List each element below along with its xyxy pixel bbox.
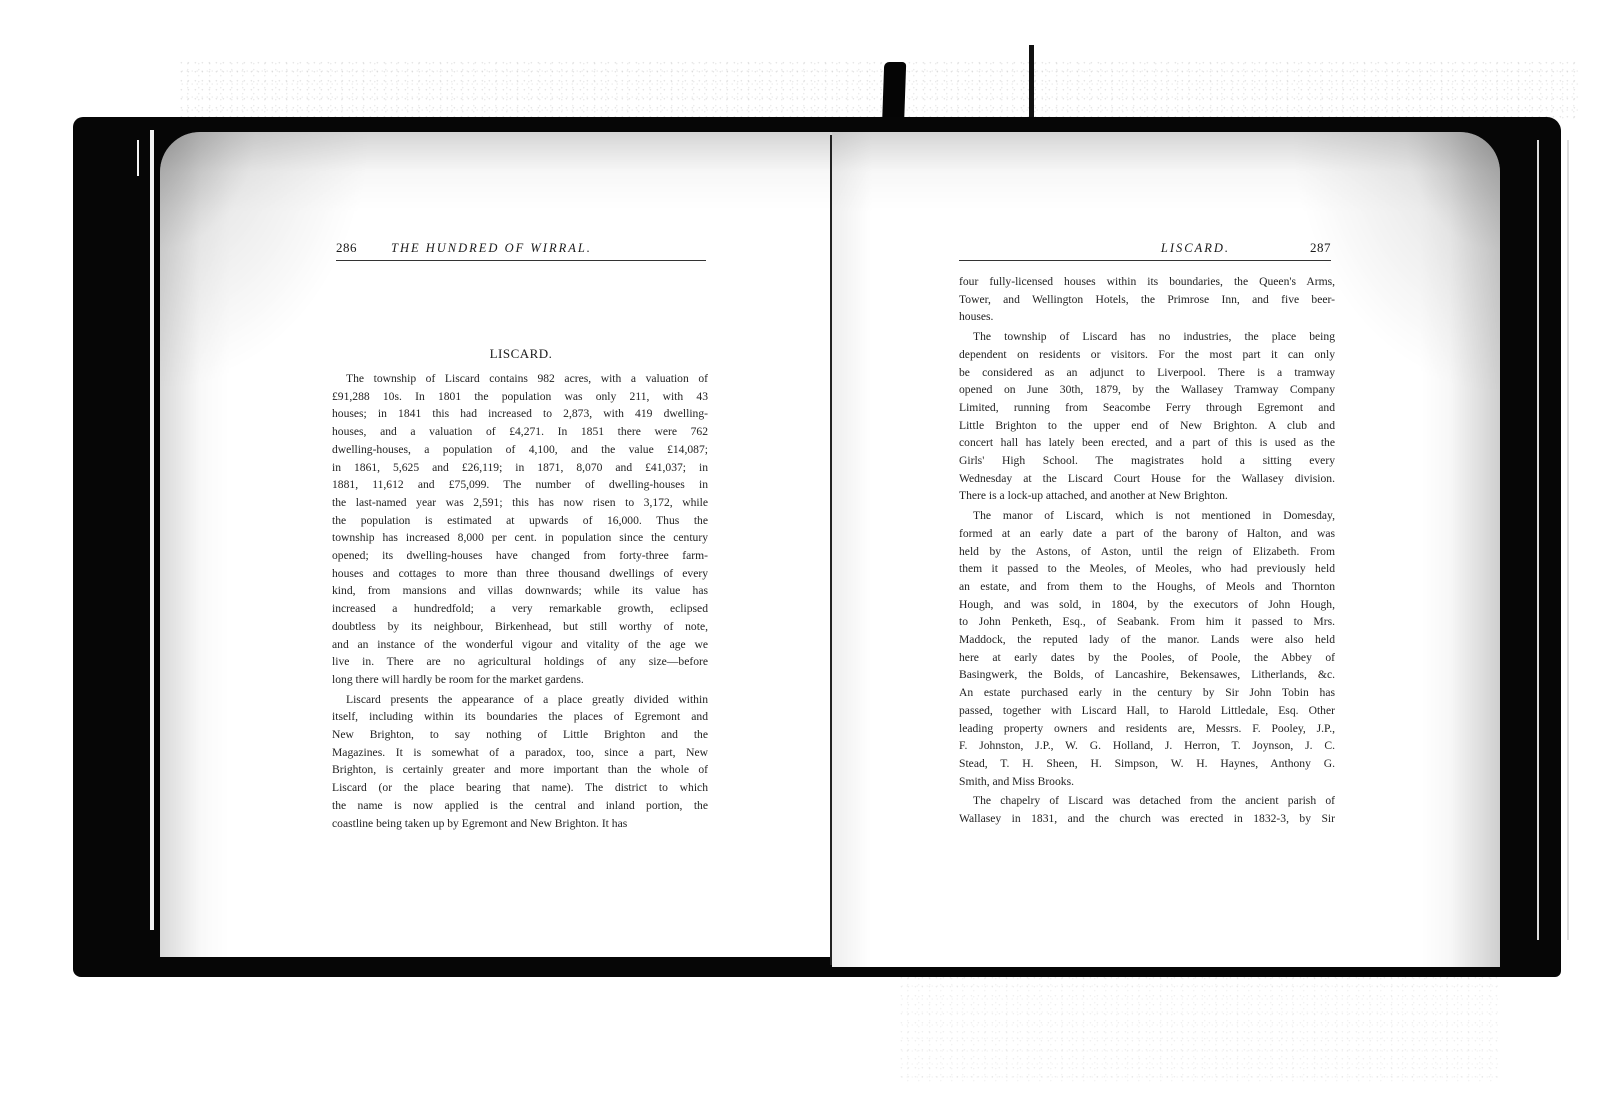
text-line: dependent on residents or visitors. For … bbox=[959, 346, 1335, 364]
left-page: 286 THE HUNDRED OF WIRRAL. LISCARD. The … bbox=[160, 132, 832, 957]
text-line: here at early dates by the Pooles, of Po… bbox=[959, 649, 1335, 667]
text-line: to John Penketh, Esq., of Seabank. From … bbox=[959, 613, 1335, 631]
text-line: Stead, T. H. Sheen, H. Simpson, W. H. Ha… bbox=[959, 755, 1335, 773]
text-line: live in. There are no agricultural holdi… bbox=[332, 653, 708, 671]
running-header-right: LISCARD. 287 bbox=[959, 240, 1331, 261]
text-line: houses and cottages to more than three t… bbox=[332, 565, 708, 583]
running-header-left: 286 THE HUNDRED OF WIRRAL. bbox=[336, 240, 706, 261]
text-line: houses, and a valuation of £4,271. In 18… bbox=[332, 423, 708, 441]
text-line: coastline being taken up by Egremont and… bbox=[332, 815, 708, 833]
text-line: Hough, and was sold, in 1804, by the exe… bbox=[959, 596, 1335, 614]
left-edge-highlight-short bbox=[137, 140, 139, 176]
text-line: The chapelry of Liscard was detached fro… bbox=[959, 792, 1335, 810]
text-line: Tower, and Wellington Hotels, the Primro… bbox=[959, 291, 1335, 309]
text-line: the population is estimated at upwards o… bbox=[332, 512, 708, 530]
text-line: and an instance of the wonderful vigour … bbox=[332, 636, 708, 654]
text-line: Magazines. It is somewhat of a paradox, … bbox=[332, 744, 708, 762]
text-line: The manor of Liscard, which is not menti… bbox=[959, 507, 1335, 525]
text-line: opened; its dwelling-houses have changed… bbox=[332, 547, 708, 565]
paragraph: Liscard presents the appearance of a pla… bbox=[332, 691, 708, 833]
text-line: houses; in 1841 this had increased to 2,… bbox=[332, 405, 708, 423]
text-line: four fully-licensed houses within its bo… bbox=[959, 273, 1335, 291]
text-line: F. Johnston, J.P., W. G. Holland, J. Her… bbox=[959, 737, 1335, 755]
text-line: Smith, and Miss Brooks. bbox=[959, 773, 1335, 791]
text-line: £91,288 10s. In 1801 the population was … bbox=[332, 388, 708, 406]
paragraph: The township of Liscard contains 982 acr… bbox=[332, 370, 708, 689]
paragraph: The township of Liscard has no industrie… bbox=[959, 328, 1335, 505]
text-line: Girls' High School. The magistrates hold… bbox=[959, 452, 1335, 470]
text-line: Wednesday at the Liscard Court House for… bbox=[959, 470, 1335, 488]
text-line: Maddock, the reputed lady of the manor. … bbox=[959, 631, 1335, 649]
text-line: dwelling-houses, a population of 4,100, … bbox=[332, 441, 708, 459]
text-line: increased a hundredfold; a very remarkab… bbox=[332, 600, 708, 618]
body-text: The township of Liscard contains 982 acr… bbox=[332, 370, 708, 834]
text-line: in 1861, 5,625 and £26,119; in 1871, 8,0… bbox=[332, 459, 708, 477]
text-line: Wallasey in 1831, and the church was ere… bbox=[959, 810, 1335, 828]
page-number: 286 bbox=[336, 240, 357, 256]
text-line: leading property owners and residents ar… bbox=[959, 720, 1335, 738]
text-line: Liscard (or the place bearing that name)… bbox=[332, 779, 708, 797]
text-line: The township of Liscard contains 982 acr… bbox=[332, 370, 708, 388]
section-title: LISCARD. bbox=[336, 346, 706, 362]
text-line: Liscard presents the appearance of a pla… bbox=[332, 691, 708, 709]
text-line: long there will hardly be room for the m… bbox=[332, 671, 708, 689]
text-line: passed, together with Liscard Hall, to H… bbox=[959, 702, 1335, 720]
text-line: Little Brighton to the upper end of New … bbox=[959, 417, 1335, 435]
text-line: New Brighton, to say nothing of Little B… bbox=[332, 726, 708, 744]
text-line: Limited, running from Seacombe Ferry thr… bbox=[959, 399, 1335, 417]
text-line: houses. bbox=[959, 308, 1335, 326]
page-number: 287 bbox=[1310, 240, 1331, 256]
text-line: an estate, and from them to the Houghs, … bbox=[959, 578, 1335, 596]
text-line: kind, from mansions and villas downwards… bbox=[332, 582, 708, 600]
text-line: the last-named year was 2,591; this has … bbox=[332, 494, 708, 512]
running-head-title: LISCARD. bbox=[959, 241, 1310, 256]
text-line: There is a lock-up attached, and another… bbox=[959, 487, 1335, 505]
scan-noise-top bbox=[180, 60, 1580, 120]
left-edge-highlight bbox=[150, 130, 154, 930]
text-line: Brighton, is certainly greater and more … bbox=[332, 761, 708, 779]
paragraph: The manor of Liscard, which is not menti… bbox=[959, 507, 1335, 790]
text-line: township has increased 8,000 per cent. i… bbox=[332, 529, 708, 547]
text-line: doubtless by its neighbour, Birkenhead, … bbox=[332, 618, 708, 636]
right-page: LISCARD. 287 four fully-licensed houses … bbox=[832, 132, 1500, 967]
text-line: the name is now applied is the central a… bbox=[332, 797, 708, 815]
text-line: concert hall has lately been erected, an… bbox=[959, 434, 1335, 452]
text-line: opened on June 30th, 1879, by the Wallas… bbox=[959, 381, 1335, 399]
right-edge-line-2 bbox=[1567, 140, 1569, 940]
body-text: four fully-licensed houses within its bo… bbox=[959, 273, 1335, 830]
bookmark-ribbon bbox=[1029, 45, 1034, 125]
paragraph: four fully-licensed houses within its bo… bbox=[959, 273, 1335, 326]
text-line: An estate purchased early in the century… bbox=[959, 684, 1335, 702]
running-head-title: THE HUNDRED OF WIRRAL. bbox=[357, 241, 706, 256]
text-line: Basingwerk, the Bolds, of Lancashire, Be… bbox=[959, 666, 1335, 684]
text-line: held by the Astons, of Aston, until the … bbox=[959, 543, 1335, 561]
text-line: formed at an early date a part of the ba… bbox=[959, 525, 1335, 543]
text-line: be considered as an adjunct to Liverpool… bbox=[959, 364, 1335, 382]
text-line: The township of Liscard has no industrie… bbox=[959, 328, 1335, 346]
right-edge-line-1 bbox=[1537, 140, 1539, 940]
text-line: them it passed to the Meoles, of Meoles,… bbox=[959, 560, 1335, 578]
paragraph: The chapelry of Liscard was detached fro… bbox=[959, 792, 1335, 827]
scan-noise-bottom bbox=[900, 975, 1500, 1085]
text-line: itself, including within its boundaries … bbox=[332, 708, 708, 726]
text-line: 1881, 11,612 and £75,099. The number of … bbox=[332, 476, 708, 494]
